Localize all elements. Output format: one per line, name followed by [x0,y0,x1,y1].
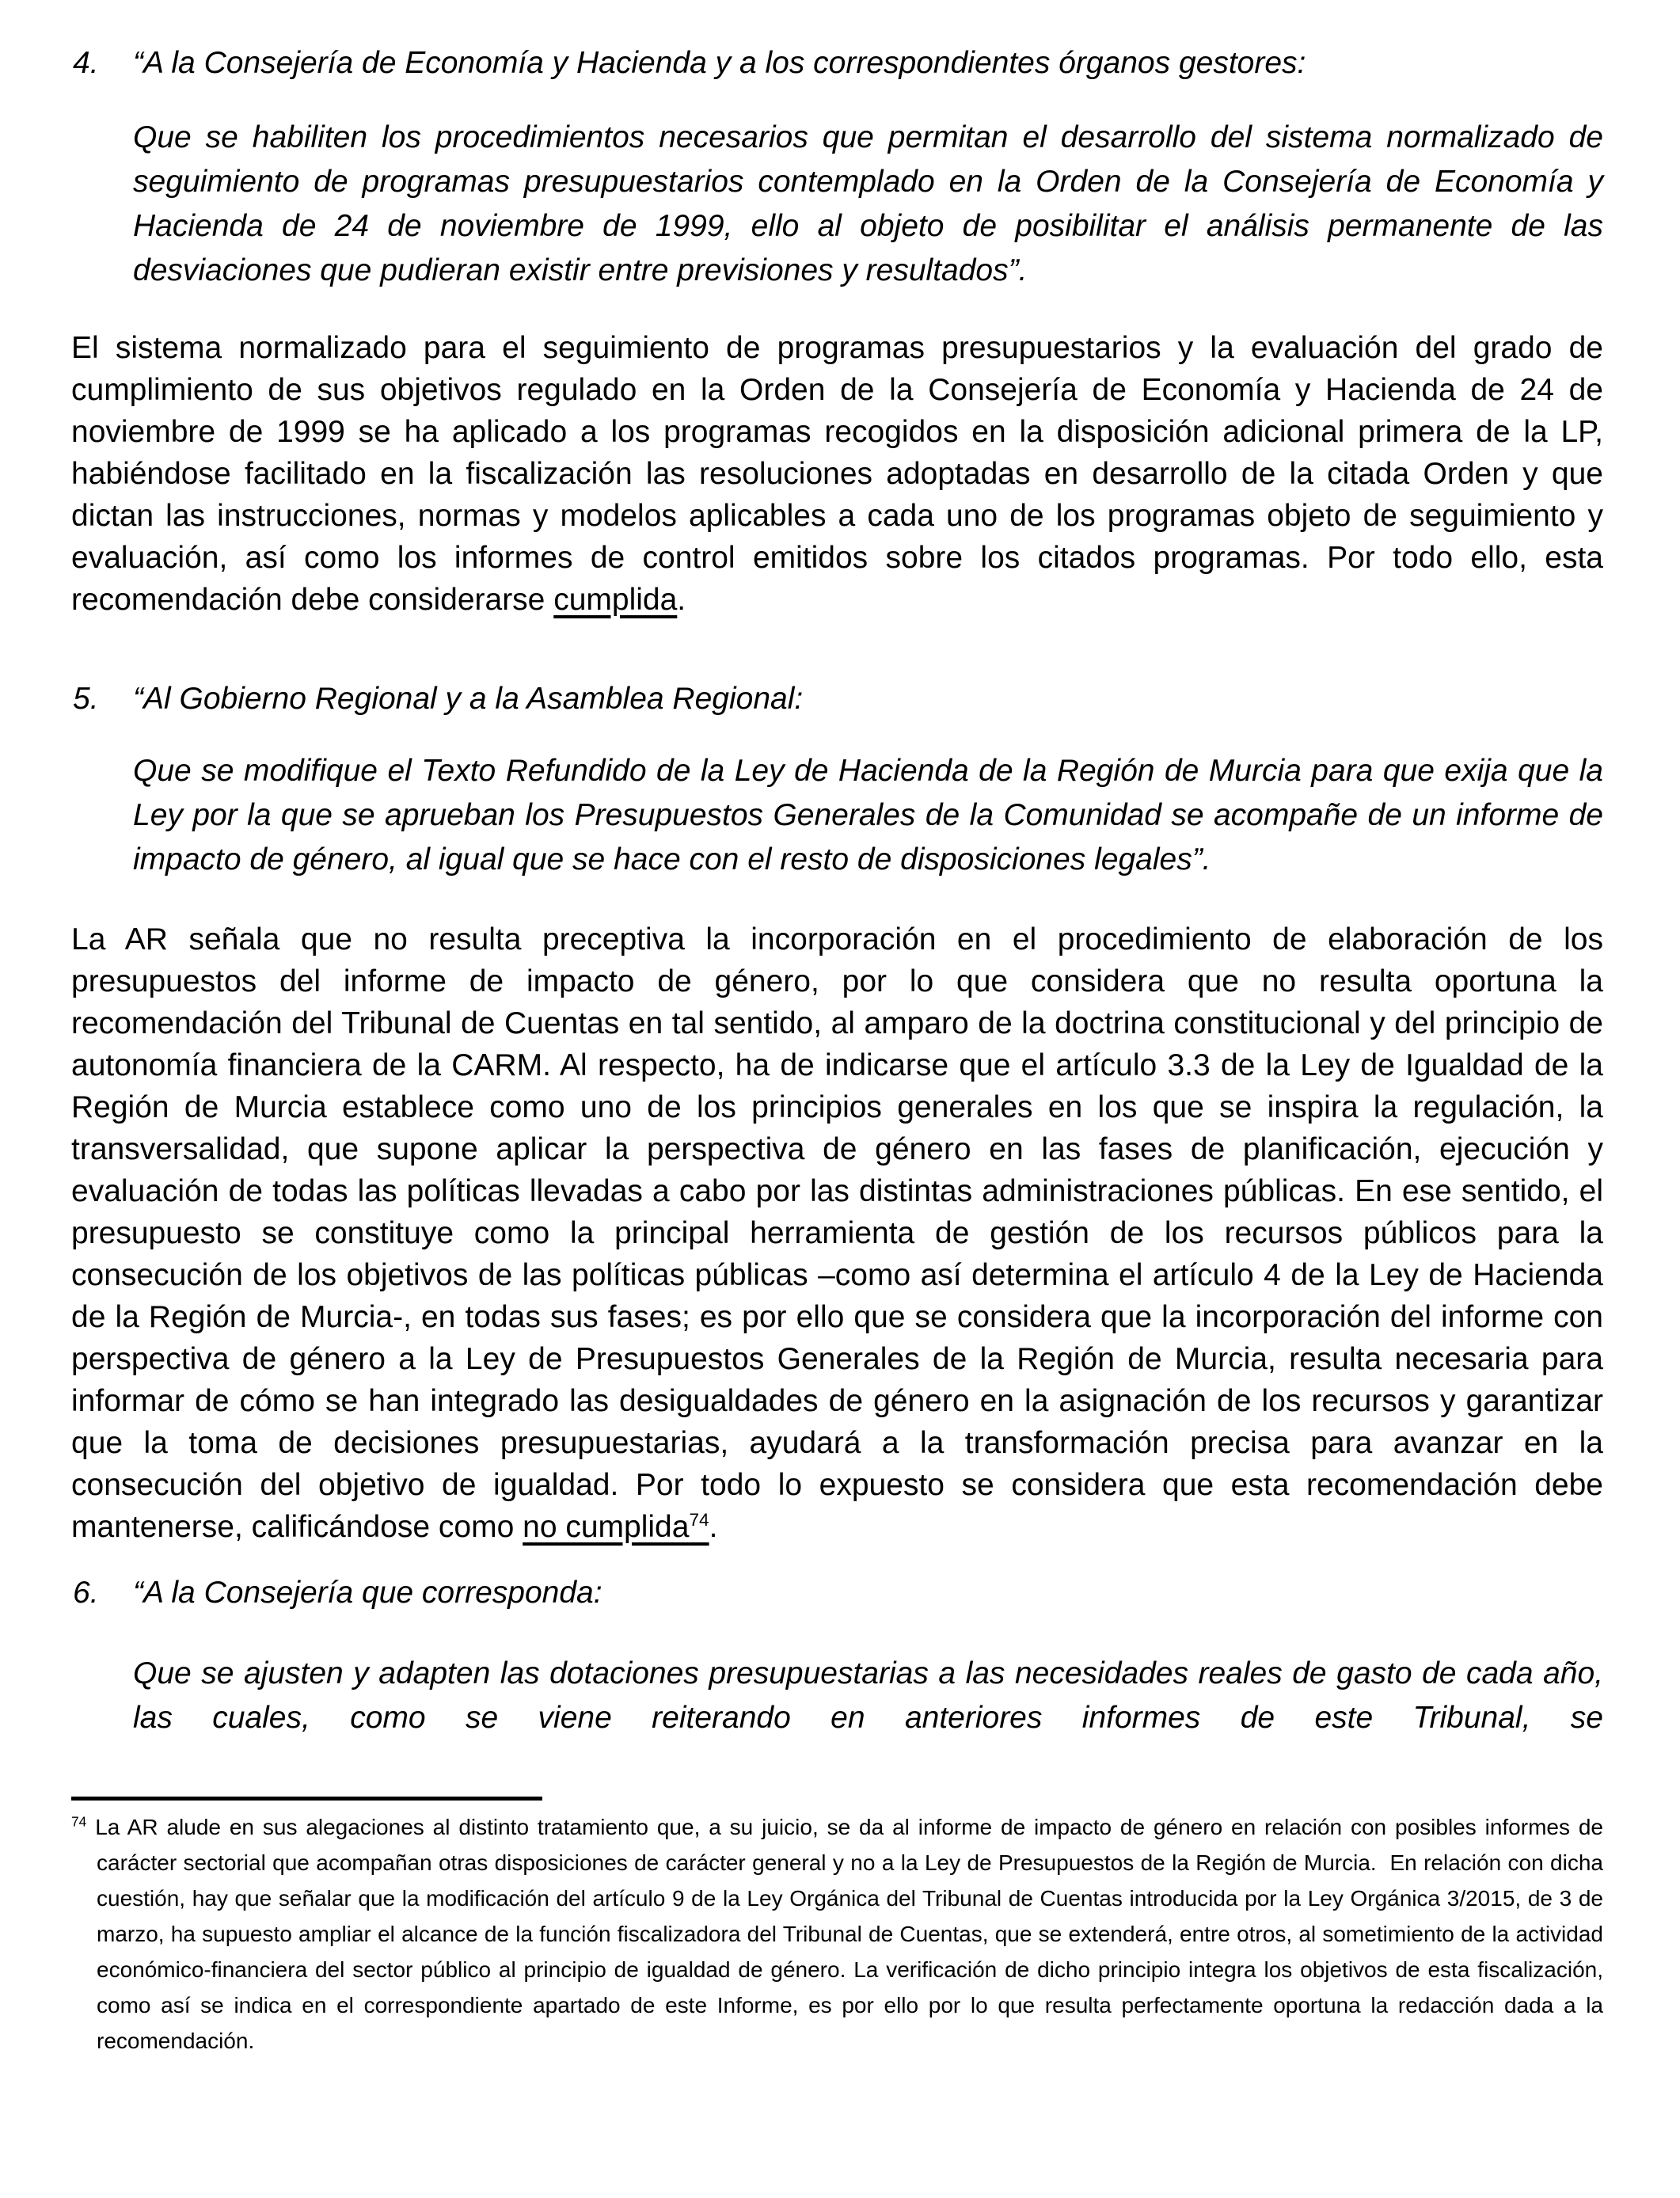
item-5-response-paragraph: La AR señala que no resulta preceptiva l… [71,918,1603,1548]
item-4-number: 4. [73,42,99,84]
item-4-response-paragraph: El sistema normalizado para el seguimien… [71,327,1603,621]
item-6-heading: 6. “A la Consejería que corresponda: [71,1572,1603,1614]
footnote-74: 74 La AR alude en sus alegaciones al dis… [97,1809,1603,2059]
document-content: 4. “A la Consejería de Economía y Hacien… [71,0,1603,2059]
item-5-number: 5. [73,678,99,720]
item-5-heading: 5. “Al Gobierno Regional y a la Asamblea… [71,678,1603,720]
item-5-response-text: La AR señala que no resulta preceptiva l… [71,922,1603,1544]
item-5-verdict-text: no cumplida [523,1510,689,1544]
item-6-quote-paragraph: Que se ajusten y adapten las dotaciones … [133,1652,1603,1740]
item-4-response-period: . [677,583,686,617]
footnote-74-text [86,1815,95,1839]
item-5-verdict-underlined: no cumplida74 [523,1510,709,1544]
item-6-heading-text: “A la Consejería que corresponda: [133,1576,602,1610]
item-5-quote-paragraph: Que se modifique el Texto Refundido de l… [133,749,1603,882]
document-page: 4. “A la Consejería de Economía y Hacien… [0,0,1680,2198]
item-4-quote-paragraph: Que se habiliten los procedimientos nece… [133,116,1603,293]
item-4-verdict-underlined: cumplida [553,583,677,617]
footnote-74-marker: 74 [71,1814,86,1830]
item-4-heading: 4. “A la Consejería de Economía y Hacien… [71,42,1603,84]
item-4-heading-text: “A la Consejería de Economía y Hacienda … [133,46,1306,80]
footnote-separator-rule [71,1797,542,1801]
footnote-74-body: La AR alude en sus alegaciones al distin… [95,1815,1603,2053]
item-4-response-text: El sistema normalizado para el seguimien… [71,331,1603,617]
item-5-heading-text: “Al Gobierno Regional y a la Asamblea Re… [133,682,803,716]
footnote-74-reference: 74 [689,1510,709,1530]
item-5-response-period: . [709,1510,718,1544]
item-6-number: 6. [73,1572,99,1614]
